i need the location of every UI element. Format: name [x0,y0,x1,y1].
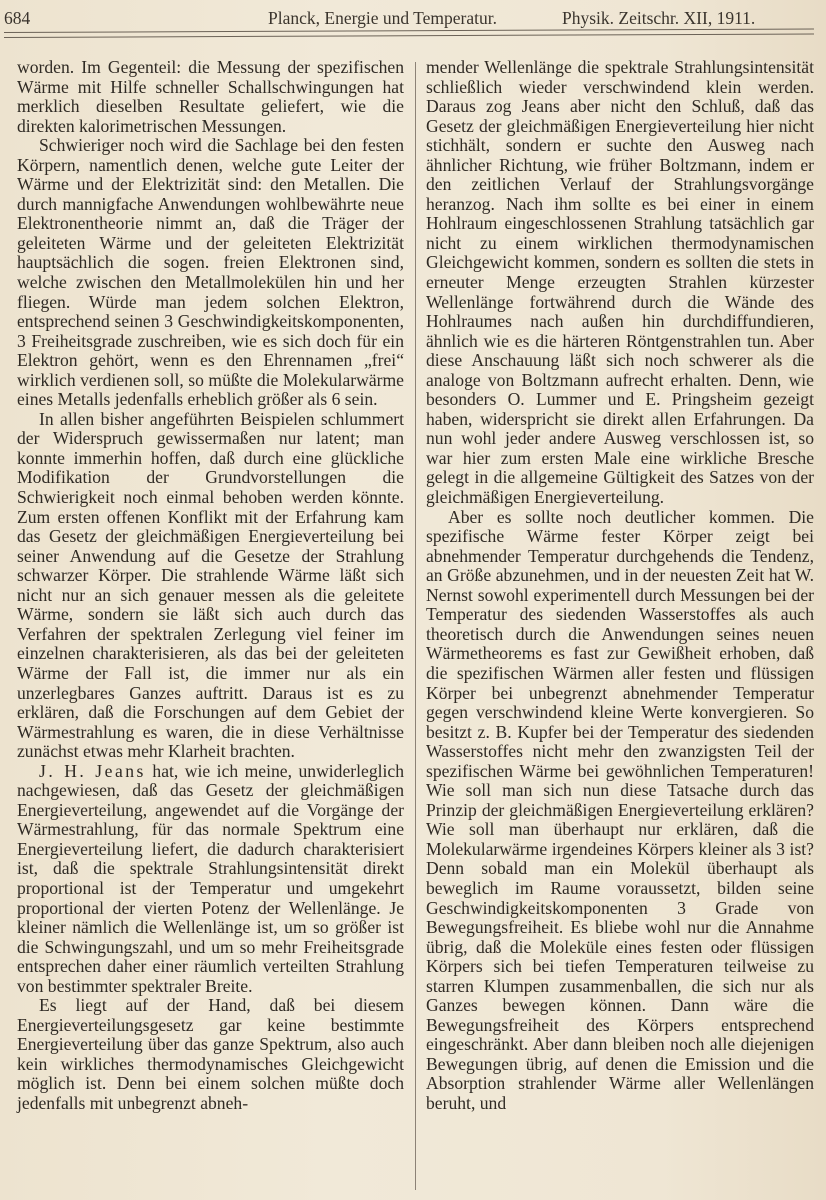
paragraph: J. H. Jeans hat, wie ich meine, unwiderl… [17,762,404,997]
journal-page: 684 Planck, Energie und Temperatur. Phys… [0,0,826,1200]
column-divider [415,62,416,1190]
page-number: 684 [4,8,30,29]
paragraph-text: hat, wie ich meine, unwiderleglich nachg… [17,761,404,996]
paragraph: mender Wellenlänge die spektrale Strahlu… [426,58,814,508]
paragraph: Schwieriger noch wird die Sachlage bei d… [17,136,404,410]
left-column: worden. Im Gegenteil: die Messung der sp… [17,58,404,1114]
paragraph: In allen bisher angeführten Beispielen s… [17,410,404,762]
running-head: 684 Planck, Energie und Temperatur. Phys… [0,6,826,30]
paragraph: Es liegt auf der Hand, daß bei diesem En… [17,996,404,1113]
right-column: mender Wellenlänge die spektrale Strahlu… [426,58,814,1114]
article-title: Planck, Energie und Temperatur. [268,8,497,29]
paragraph: Aber es sollte noch deutlicher kommen. D… [426,508,814,1114]
journal-citation: Physik. Zeitschr. XII, 1911. [562,8,755,29]
paragraph: worden. Im Gegenteil: die Messung der sp… [17,58,404,136]
author-name-spaced: J. H. Jeans [39,761,146,781]
